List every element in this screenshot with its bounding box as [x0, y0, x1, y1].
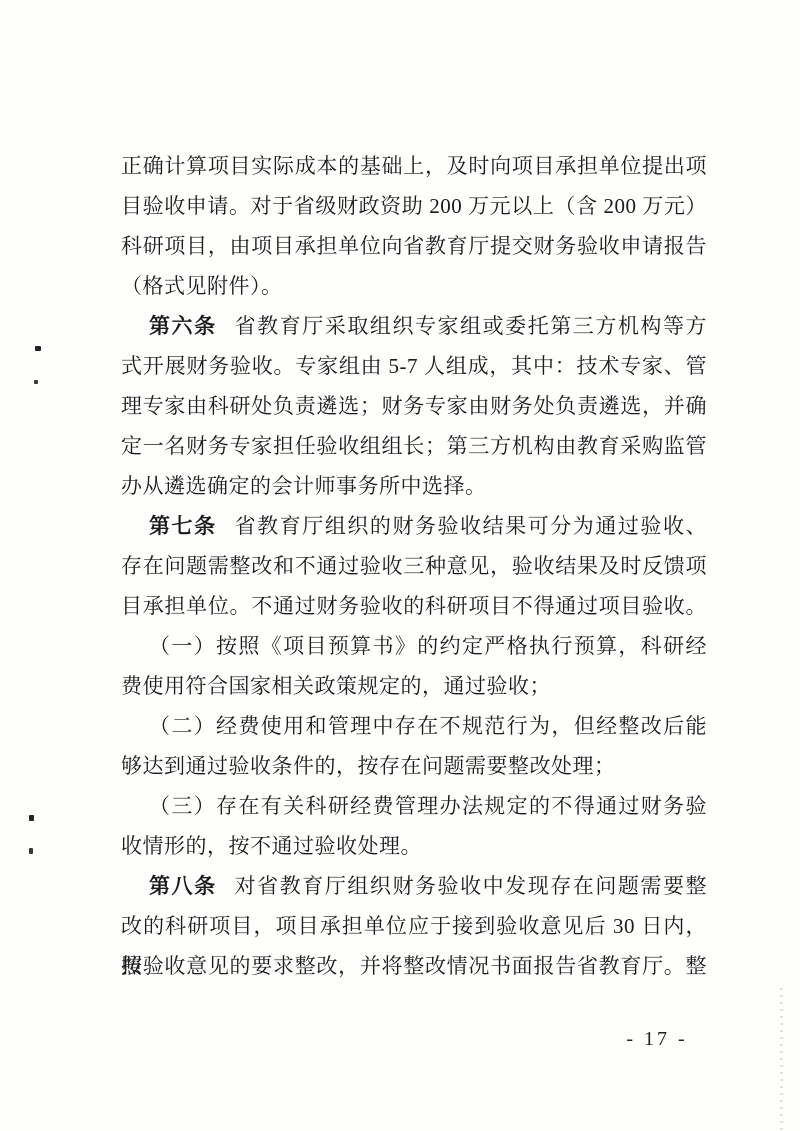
text-line: 够达到通过验收条件的，按存在问题需要整改处理；	[121, 746, 707, 786]
text-line: 目验收申请。对于省级财政资助 200 万元以上（含 200 万元）	[121, 186, 707, 226]
text-line: 科研项目，由项目承担单位向省教育厅提交财务验收申请报告	[121, 226, 707, 266]
scan-speck	[35, 346, 41, 351]
text-line: 改的科研项目，项目承担单位应于接到验收意见后 30 日内，按	[121, 906, 707, 946]
text-line: （格式见附件）。	[121, 266, 707, 306]
text-line: 定一名财务专家担任验收组组长；第三方机构由教育采购监管	[121, 426, 707, 466]
text-line: 第八条对省教育厅组织财务验收中发现存在问题需要整	[121, 866, 707, 906]
text-line: （一）按照《项目预算书》的约定严格执行预算，科研经	[121, 626, 707, 666]
text-line: 照验收意见的要求整改，并将整改情况书面报告省教育厅。整	[121, 946, 707, 986]
text-line: 存在问题需整改和不通过验收三种意见，验收结果及时反馈项	[121, 546, 707, 586]
text-line: 正确计算项目实际成本的基础上，及时向项目承担单位提出项	[121, 146, 707, 186]
text-line: 第六条省教育厅采取组织专家组或委托第三方机构等方	[121, 306, 707, 346]
scan-edge-artifact	[780, 988, 783, 1131]
text-line: 第七条省教育厅组织的财务验收结果可分为通过验收、	[121, 506, 707, 546]
text-line: 目承担单位。不通过财务验收的科研项目不得通过项目验收。	[121, 586, 707, 626]
scan-speck	[34, 380, 38, 384]
page-number: - 17 -	[618, 1028, 696, 1051]
article-heading: 第六条	[149, 314, 217, 338]
article-heading: 第八条	[149, 874, 217, 898]
text-line: （二）经费使用和管理中存在不规范行为，但经整改后能	[121, 706, 707, 746]
text-line: 办从遴选确定的会计师事务所中选择。	[121, 466, 707, 506]
text-line: 费使用符合国家相关政策规定的，通过验收；	[121, 666, 707, 706]
scan-speck	[29, 848, 33, 854]
text-line: 式开展财务验收。专家组由 5-7 人组成，其中：技术专家、管	[121, 346, 707, 386]
document-page: 正确计算项目实际成本的基础上，及时向项目承担单位提出项目验收申请。对于省级财政资…	[0, 0, 800, 1131]
text-line: 收情形的，按不通过验收处理。	[121, 826, 707, 866]
text-line: （三）存在有关科研经费管理办法规定的不得通过财务验	[121, 786, 707, 826]
scan-speck	[29, 815, 34, 821]
article-heading: 第七条	[149, 514, 217, 538]
document-body: 正确计算项目实际成本的基础上，及时向项目承担单位提出项目验收申请。对于省级财政资…	[121, 146, 707, 986]
text-line: 理专家由科研处负责遴选；财务专家由财务处负责遴选，并确	[121, 386, 707, 426]
